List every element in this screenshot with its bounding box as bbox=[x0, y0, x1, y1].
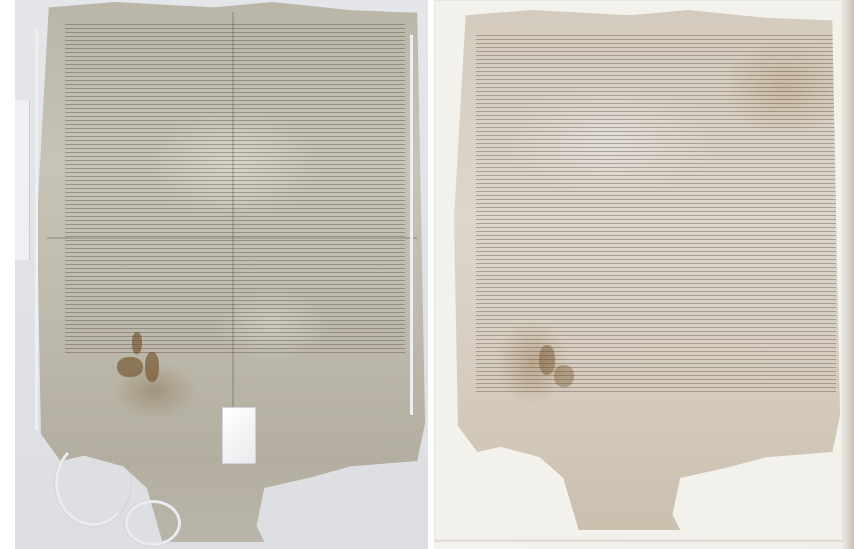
loose-cord bbox=[125, 500, 181, 546]
tissue-patch bbox=[222, 407, 256, 464]
catalogue-label bbox=[15, 100, 30, 260]
stain bbox=[539, 345, 555, 375]
stain bbox=[145, 352, 159, 382]
edge-cord bbox=[35, 30, 38, 430]
stain bbox=[117, 357, 143, 377]
loose-cord bbox=[55, 440, 131, 526]
script-text-block bbox=[476, 35, 836, 395]
stain bbox=[132, 332, 142, 354]
script-text-block bbox=[65, 24, 405, 354]
vertical-fold bbox=[232, 12, 234, 452]
tissue-patch bbox=[277, 517, 307, 544]
edge-cord bbox=[410, 35, 413, 415]
stain bbox=[554, 365, 574, 387]
mount-board bbox=[434, 0, 845, 542]
parchment-after bbox=[454, 10, 844, 530]
horizontal-fold bbox=[47, 237, 417, 239]
after-photo bbox=[434, 0, 854, 549]
before-photo bbox=[15, 0, 428, 549]
